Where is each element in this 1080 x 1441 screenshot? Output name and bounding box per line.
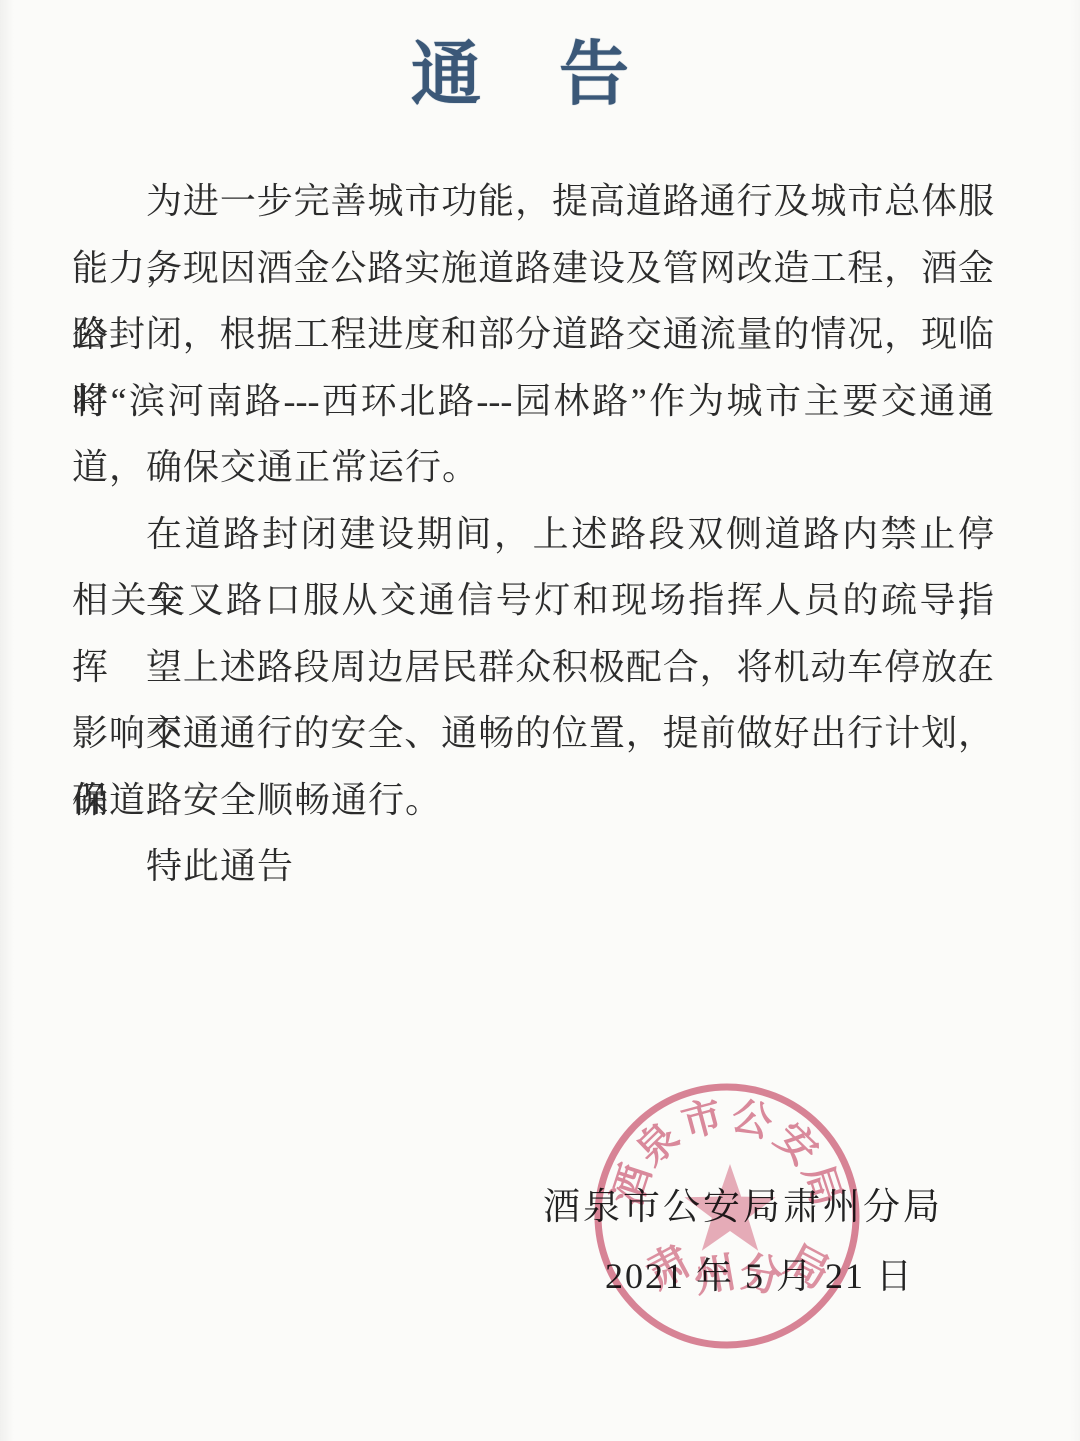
notice-line: 为进一步完善城市功能，提高道路通行及城市总体服务: [72, 168, 994, 235]
seal-top-char: 市: [677, 1092, 727, 1146]
notice-line: 保道路安全顺畅通行。: [72, 767, 994, 834]
notice-line: 特此通告: [72, 833, 994, 900]
notice-line: 望上述路段周边居民群众积极配合，将机动车停放在不: [72, 634, 994, 701]
notice-line: 道，确保交通正常运行。: [72, 434, 994, 501]
seal-top-char: 安: [766, 1114, 826, 1174]
notice-line: 在道路封闭建设期间，上述路段双侧道路内禁止停车，: [72, 501, 994, 568]
page-title: 通 告: [0, 18, 1044, 119]
notice-document: 通 告 为进一步完善城市功能，提高道路通行及城市总体服务能力，现因酒金公路实施道…: [0, 0, 1080, 1441]
seal-top-char: 公: [727, 1092, 777, 1146]
issuer-signature: 酒泉市公安局肃州分局: [543, 1176, 943, 1230]
issue-date: 2021 年 5 月 21 日: [605, 1248, 914, 1299]
notice-body: 为进一步完善城市功能，提高道路通行及城市总体服务能力，现因酒金公路实施道路建设及…: [72, 168, 994, 900]
notice-line: 将“滨河南路---西环北路---园林路”作为城市主要交通通: [72, 368, 994, 435]
notice-line: 影响交通通行的安全、通畅的位置，提前做好出行计划，确: [72, 700, 994, 767]
notice-line: 相关交叉路口服从交通信号灯和现场指挥人员的疏导指挥。: [72, 567, 994, 634]
seal-top-char: 泉: [627, 1114, 687, 1174]
notice-line: 路封闭，根据工程进度和部分道路交通流量的情况，现临时: [72, 301, 994, 368]
notice-line: 能力，现因酒金公路实施道路建设及管网改造工程，酒金公: [72, 235, 994, 302]
